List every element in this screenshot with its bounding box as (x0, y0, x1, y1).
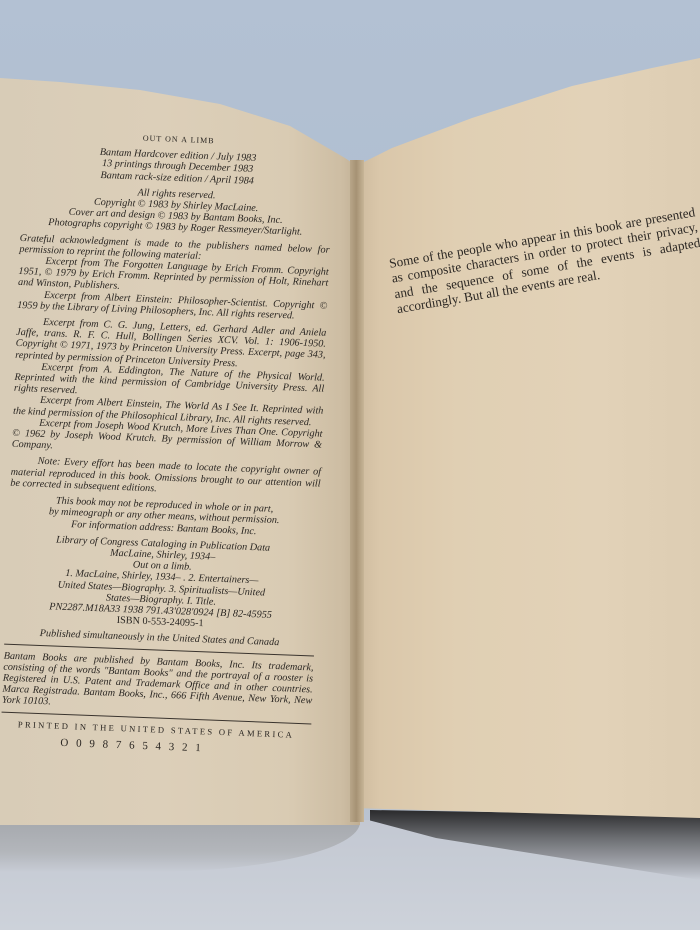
book-gutter (350, 160, 364, 822)
trademark-notice: Bantam Books are published by Bantam Boo… (2, 650, 314, 718)
copyright-page-text: OUT ON A LIMB Bantam Hardcover edition /… (0, 128, 334, 758)
right-page (352, 30, 700, 820)
